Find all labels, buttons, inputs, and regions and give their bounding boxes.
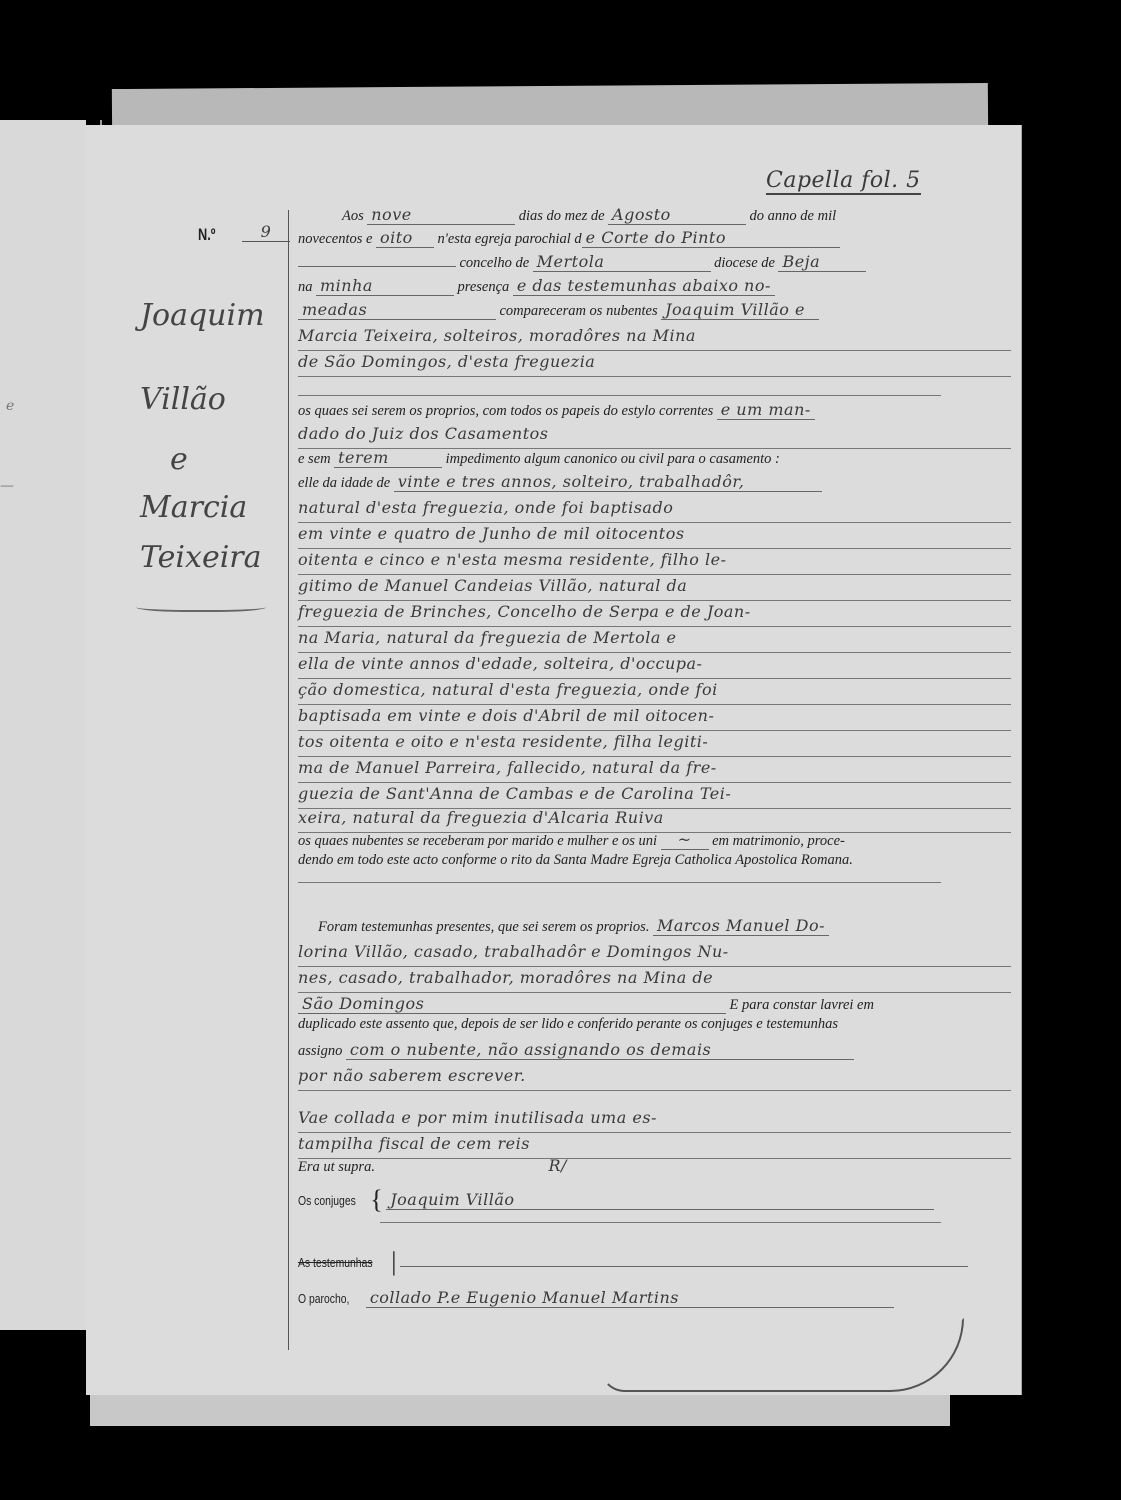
witnesses-handwritten: Marcos Manuel Do- — [653, 916, 829, 936]
presence-continuation: meadas — [298, 300, 496, 320]
margin-name-line: Joaquim — [140, 298, 265, 333]
testemunhas-label: As testemunhas — [298, 1255, 373, 1270]
matrimony-line-2: dendo em todo este acto conforme o rito … — [298, 852, 1011, 876]
stamp-note-line: Vae collada e por mim inutilisada uma es… — [298, 1108, 1011, 1133]
printed-text: E para constar lavrei em — [730, 997, 874, 1013]
conjuges-label: Os conjuges — [298, 1193, 356, 1208]
printed-text: Era ut supra. — [298, 1159, 375, 1175]
printed-text: impedimento algum canonico ou civil para… — [446, 451, 780, 467]
intro-line-1: Aos nove dias do mez de Agosto do anno d… — [298, 205, 1011, 229]
body-line: ella de vinte annos d'edade, solteira, d… — [298, 654, 1011, 679]
printed-text: os quaes sei serem os proprios, com todo… — [298, 403, 713, 419]
witnesses-line: nes, casado, trabalhador, moradôres na M… — [298, 968, 1011, 993]
year-field: oito — [376, 228, 434, 248]
matrimony-line-1: os quaes nubentes se receberam por marid… — [298, 830, 1011, 854]
body-line: ção domestica, natural d'esta freguezia,… — [298, 680, 1011, 705]
printed-text: Aos — [342, 208, 364, 224]
conjuges-signature: Joaquim Villão — [386, 1190, 934, 1210]
printed-text: do anno de mil — [750, 208, 837, 224]
brace-icon: | — [391, 1247, 396, 1277]
papers-line: os quaes sei serem os proprios, com todo… — [298, 400, 1011, 424]
margin-name-line: Villão — [140, 382, 226, 417]
initials-mark: R/ — [548, 1156, 566, 1175]
printed-text: assigno — [298, 1043, 342, 1059]
bottom-sheet-edge — [90, 1390, 950, 1426]
witnesses-line: lorina Villão, casado, trabalhadôr e Dom… — [298, 942, 1011, 967]
printed-text: diocese de — [714, 255, 775, 271]
folio-note: Capella fol. 5 — [766, 168, 921, 195]
margin-name-line: Teixeira — [140, 540, 262, 575]
printed-text: novecentos e — [298, 231, 372, 247]
margin-name-line: Marcia — [140, 490, 247, 525]
printed-text: elle da idade de — [298, 475, 390, 491]
entry-number-label: N.º — [198, 225, 215, 245]
entry-number: 9 — [242, 222, 290, 242]
assigno-line-2: por não saberem escrever. — [298, 1066, 1011, 1091]
ruled-line — [298, 882, 941, 883]
impediment-field: terem — [334, 448, 442, 468]
testemunhas-line: As testemunhas| — [298, 1244, 1011, 1268]
assigno-line: assigno com o nubente, não assignando os… — [298, 1040, 1011, 1064]
conjuges-line: Os conjuges{ Joaquim Villão — [298, 1182, 1011, 1206]
left-page-mark: e — [6, 398, 14, 414]
signature-flourish — [600, 1318, 964, 1392]
intro-line-5: meadas compareceram os nubentes Joaquim … — [298, 300, 1011, 324]
printed-text: dendo em todo este acto conforme o rito … — [298, 852, 853, 868]
body-line: baptisada em vinte e dois d'Abril de mil… — [298, 706, 1011, 731]
nubentes-line: Marcia Teixeira, solteiros, moradôres na… — [298, 326, 1011, 351]
age-line: elle da idade de vinte e tres annos, sol… — [298, 472, 1011, 496]
parocho-label: O parocho, — [298, 1291, 349, 1306]
era-ut-supra: Era ut supra. R/ — [298, 1156, 1011, 1180]
nubentes-field: Joaquim Villão e — [661, 300, 819, 320]
left-facing-page — [0, 120, 86, 1330]
papers-handwritten: e um man- — [717, 400, 815, 420]
printed-text: dias do mez de — [519, 208, 605, 224]
intro-line-2: novecentos e oito n'esta egreja parochia… — [298, 228, 1011, 252]
intro-line-3: concelho de Mertola diocese de Beja — [298, 252, 1011, 276]
matrimony-field: ~ — [661, 830, 709, 850]
witnesses-line-1: Foram testemunhas presentes, que sei ser… — [298, 916, 1011, 940]
body-line: guezia de Sant'Anna de Cambas e de Carol… — [298, 784, 1011, 809]
left-page-mark: — — [0, 478, 14, 494]
concelho-field: Mertola — [533, 252, 711, 272]
printed-text: n'esta egreja parochial d — [437, 231, 581, 247]
body-line: natural d'esta freguezia, onde foi bapti… — [298, 498, 1011, 523]
printed-text: presença — [458, 279, 510, 295]
margin-name-line: e — [170, 442, 188, 477]
assigno-handwritten: com o nubente, não assignando os demais — [346, 1040, 854, 1060]
presence-field: minha — [316, 276, 454, 296]
body-line: gitimo de Manuel Candeias Villão, natura… — [298, 576, 1011, 601]
margin-flourish — [136, 600, 266, 612]
duplicado-line: duplicado este assento que, depois de se… — [298, 1016, 1011, 1040]
body-line: em vinte e quatro de Junho de mil oitoce… — [298, 524, 1011, 549]
printed-text: e sem — [298, 451, 331, 467]
printed-text: em matrimonio, proce- — [712, 833, 845, 849]
day-field: nove — [367, 205, 515, 225]
ruled-line — [380, 1222, 941, 1223]
witnesses-line-4: São Domingos E para constar lavrei em — [298, 994, 1011, 1018]
intro-line-4: na minha presença e das testemunhas abai… — [298, 276, 1011, 300]
printed-text: na — [298, 279, 313, 295]
printed-text: duplicado este assento que, depois de se… — [298, 1016, 838, 1032]
impediment-line: e sem terem impedimento algum canonico o… — [298, 448, 1011, 472]
nubentes-line: de São Domingos, d'esta freguezia — [298, 352, 1011, 377]
ruled-line — [298, 395, 941, 396]
body-handwritten: vinte e tres annos, solteiro, trabalhadô… — [394, 472, 822, 492]
parocho-signature: collado P.e Eugenio Manuel Martins — [366, 1288, 894, 1308]
body-line: ma de Manuel Parreira, fallecido, natura… — [298, 758, 1011, 783]
month-field: Agosto — [608, 205, 746, 225]
printed-text: os quaes nubentes se receberam por marid… — [298, 833, 657, 849]
presence-continuation: e das testemunhas abaixo no- — [513, 276, 775, 296]
body-line: tos oitenta e oito e n'esta residente, f… — [298, 732, 1011, 757]
body-line: na Maria, natural da freguezia de Mertol… — [298, 628, 1011, 653]
printed-text: compareceram os nubentes — [500, 303, 658, 319]
printed-text: concelho de — [460, 255, 530, 271]
brace-icon: { — [370, 1185, 382, 1215]
body-line: oitenta e cinco e n'esta mesma residente… — [298, 550, 1011, 575]
parocho-line: O parocho, collado P.e Eugenio Manuel Ma… — [298, 1288, 1011, 1312]
witnesses-handwritten: São Domingos — [298, 994, 726, 1014]
blank-field — [298, 266, 456, 267]
printed-text: Foram testemunhas presentes, que sei ser… — [318, 919, 649, 935]
blank-field — [400, 1266, 968, 1267]
papers-handwritten-line: dado do Juiz dos Casamentos — [298, 424, 1011, 449]
body-line: freguezia de Brinches, Concelho de Serpa… — [298, 602, 1011, 627]
parish-field: e Corte do Pinto — [582, 228, 840, 248]
diocese-field: Beja — [778, 252, 866, 272]
margin-rule — [288, 210, 289, 1350]
